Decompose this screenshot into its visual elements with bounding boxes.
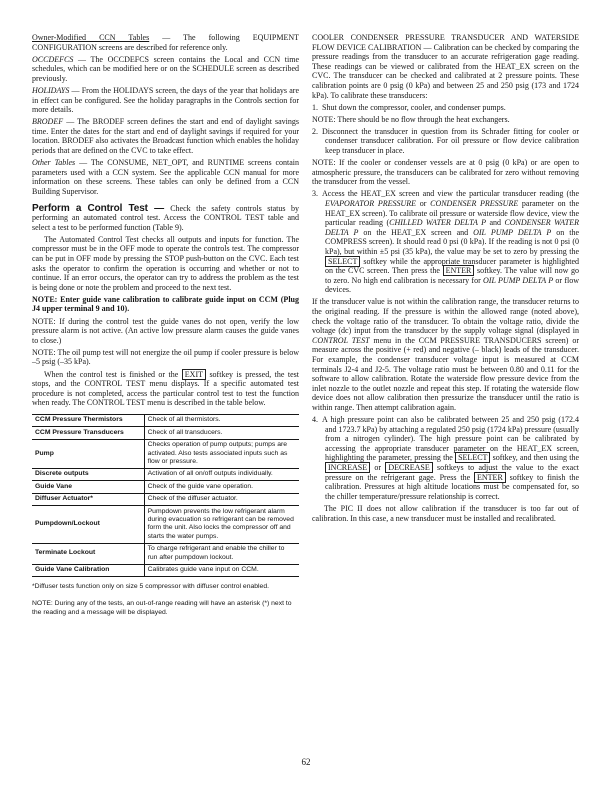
table-row: PumpChecks operation of pump outputs; pu…	[32, 439, 299, 468]
softkey-enter: ENTER	[443, 265, 475, 276]
softkey-enter: ENTER	[474, 472, 506, 483]
text-segment: EVAPORATOR PRESSURE	[325, 199, 416, 208]
note-out-of-range: NOTE: During any of the tests, an out-of…	[32, 599, 299, 618]
text-segment: If the transducer value is not within th…	[312, 297, 579, 335]
test-name-cell: CCM Pressure Transducers	[32, 427, 144, 439]
test-description-cell: Pumpdown prevents the low refrigerant al…	[144, 506, 299, 544]
test-name-cell: Terminate Lockout	[32, 543, 144, 564]
right-column: COOLER CONDENSER PRESSURE TRANSDUCER AND…	[312, 33, 579, 620]
para-holidays: HOLIDAYS — From the HOLIDAYS screen, the…	[32, 86, 299, 115]
control-test-table: CCM Pressure ThermistorsCheck of all the…	[32, 414, 299, 577]
left-column: Owner-Modified CCN Tables — The followin…	[32, 33, 299, 620]
text-segment: NOTE: During any of the tests, an out-of…	[32, 600, 292, 617]
table-row: Pumpdown/LockoutPumpdown prevents the lo…	[32, 506, 299, 544]
text-segment: NOTE: There should be no flow through th…	[312, 115, 510, 124]
text-segment: NOTE: If the cooler or condenser vessels…	[312, 158, 579, 186]
text-segment: The Automated Control Test checks all ou…	[32, 235, 299, 292]
test-name-cell: Guide Vane	[32, 481, 144, 493]
text-segment: *Diffuser tests function only on size 5 …	[32, 583, 269, 590]
softkey-select: SELECT	[455, 452, 490, 463]
text-segment: The PIC II does not allow calibration if…	[312, 504, 579, 523]
softkey-select: SELECT	[325, 256, 360, 267]
text-segment: OIL PUMP DELTA P	[473, 228, 551, 237]
text-segment: or	[416, 199, 430, 208]
para-occdefcs: OCCDEFCS — The OCCDEFCS screen contains …	[32, 55, 299, 84]
para-transducer-value-range: If the transducer value is not within th…	[312, 297, 579, 412]
note-no-flow: NOTE: There should be no flow through th…	[312, 115, 579, 125]
text-segment: OIL PUMP DELTA P	[483, 276, 553, 285]
test-description-cell: Check of the diffuser actuator.	[144, 493, 299, 505]
columns: Owner-Modified CCN Tables — The followin…	[32, 33, 580, 620]
test-description-cell: To charge refrigerant and enable the chi…	[144, 543, 299, 564]
text-segment: 1. Shut down the compressor, cooler, and…	[312, 103, 506, 112]
note-guide-vanes-open: NOTE: If during the control test the gui…	[32, 317, 299, 346]
text-segment: or	[370, 463, 385, 472]
text-segment: — From the HOLIDAYS screen, the days of …	[32, 86, 299, 114]
test-name-cell: CCM Pressure Thermistors	[32, 414, 144, 426]
test-name-cell: Diffuser Actuator*	[32, 493, 144, 505]
text-segment: BRODEF	[32, 117, 63, 126]
para-automated-control-test: The Automated Control Test checks all ou…	[32, 235, 299, 293]
test-description-cell: Check of the guide vane operation.	[144, 481, 299, 493]
text-segment: HOLIDAYS	[32, 86, 69, 95]
document-page: Owner-Modified CCN Tables — The followin…	[0, 0, 612, 792]
test-description-cell: Calibrates guide vane input on CCM.	[144, 564, 299, 576]
table-row: Diffuser Actuator*Check of the diffuser …	[32, 493, 299, 505]
list-item-1: 1. Shut down the compressor, cooler, and…	[312, 103, 579, 113]
text-segment: CONTROL TEST	[312, 336, 370, 345]
test-name-cell: Pumpdown/Lockout	[32, 506, 144, 544]
text-segment: COOLER CONDENSER PRESSURE TRANSDUCER AND…	[312, 33, 579, 100]
para-other-tables: Other Tables — The CONSUME, NET_OPT, and…	[32, 158, 299, 196]
text-segment: When the control test is finished or the	[44, 370, 182, 379]
para-pic-ii-calibration: The PIC II does not allow calibration if…	[312, 504, 579, 523]
text-segment: menu in the CCM PRESSURE TRANSDUCERS scr…	[312, 336, 579, 412]
table-row: Terminate LockoutTo charge refrigerant a…	[32, 543, 299, 564]
list-item-3: 3. Access the HEAT_EX screen and view th…	[312, 189, 579, 295]
test-description-cell: Check of all transducers.	[144, 427, 299, 439]
heading-perform-control-test: Perform a Control Test — Check the safet…	[32, 204, 299, 233]
text-segment: — The OCCDEFCS screen contains the Local…	[32, 55, 299, 83]
note-zero-calibration: NOTE: If the cooler or condenser vessels…	[312, 158, 579, 187]
text-segment: CONDENSER PRESSURE	[430, 199, 518, 208]
text-segment: NOTE: The oil pump test will not energiz…	[32, 348, 299, 367]
table-row: Guide VaneCheck of the guide vane operat…	[32, 481, 299, 493]
text-segment: on the HEAT_EX screen and	[358, 228, 473, 237]
test-name-cell: Pump	[32, 439, 144, 468]
test-description-cell: Activation of all on/off outputs individ…	[144, 468, 299, 480]
note-guide-vane-calibration: NOTE: Enter guide vane calibration to ca…	[32, 295, 299, 314]
table-row: CCM Pressure ThermistorsCheck of all the…	[32, 414, 299, 426]
text-segment: 3. Access the HEAT_EX screen and view th…	[312, 189, 579, 198]
test-description-cell: Check of all thermistors.	[144, 414, 299, 426]
para-control-test-finished: When the control test is finished or the…	[32, 370, 299, 408]
text-segment: softkey, and then using the	[490, 453, 579, 462]
test-name-cell: Guide Vane Calibration	[32, 564, 144, 576]
section-heading: Perform a Control Test —	[32, 203, 170, 214]
table-row: Discrete outputsActivation of all on/off…	[32, 468, 299, 480]
page-number: 62	[0, 757, 612, 767]
para-cooler-condenser-calibration: COOLER CONDENSER PRESSURE TRANSDUCER AND…	[312, 33, 579, 100]
test-name-cell: Discrete outputs	[32, 468, 144, 480]
note-oil-pump-test: NOTE: The oil pump test will not energiz…	[32, 348, 299, 367]
text-segment: Owner-Modified CCN Tables	[32, 33, 149, 42]
softkey-decrease: DECREASE	[385, 462, 432, 473]
text-segment: CHILLED WATER DELTA P	[389, 218, 486, 227]
list-item-2: 2. Disconnect the transducer in question…	[312, 127, 579, 156]
text-segment: OCCDEFCS	[32, 55, 73, 64]
test-description-cell: Checks operation of pump outputs; pumps …	[144, 439, 299, 468]
para-brodef: BRODEF — The BRODEF screen defines the s…	[32, 117, 299, 155]
text-segment: 2. Disconnect the transducer in question…	[312, 127, 579, 155]
list-item-4: 4. A high pressure point can also be cal…	[312, 415, 579, 501]
softkey-increase: INCREASE	[325, 462, 370, 473]
footnote-diffuser: *Diffuser tests function only on size 5 …	[32, 582, 299, 592]
text-segment: and	[486, 218, 504, 227]
table-row: CCM Pressure TransducersCheck of all tra…	[32, 427, 299, 439]
softkey-exit: EXIT	[182, 369, 206, 380]
text-segment: NOTE: If during the control test the gui…	[32, 317, 299, 345]
text-segment: NOTE: Enter guide vane calibration to ca…	[32, 295, 299, 314]
para-owner-modified-ccn-tables: Owner-Modified CCN Tables — The followin…	[32, 33, 299, 52]
text-segment: Other Tables	[32, 158, 75, 167]
table-row: Guide Vane CalibrationCalibrates guide v…	[32, 564, 299, 576]
text-segment: — The BRODEF screen defines the start an…	[32, 117, 299, 155]
